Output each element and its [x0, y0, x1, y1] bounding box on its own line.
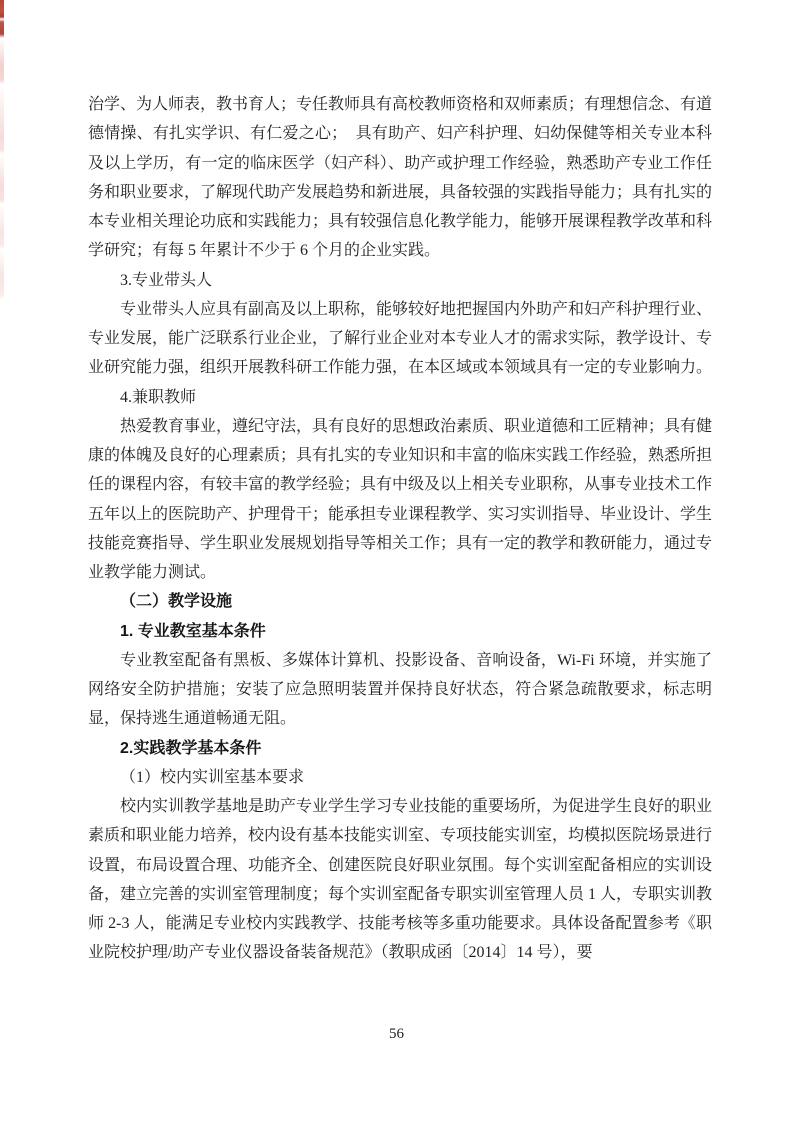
heading-classroom-basic-conditions: 1. 专业教室基本条件: [88, 617, 712, 646]
scan-edge-red-artifact: [0, 0, 4, 300]
heading-practice-teaching-conditions: 2.实践教学基本条件: [88, 734, 712, 763]
heading-section-teaching-facilities: （二）教学设施: [88, 587, 712, 616]
heading-professional-leader: 3.专业带头人: [88, 266, 712, 295]
heading-campus-training-room-requirements: （1）校内实训室基本要求: [88, 763, 712, 792]
paragraph-fulltime-teacher-requirements: 治学、为人师表，教书育人；专任教师具有高校教师资格和双师素质；有理想信念、有道德…: [88, 90, 712, 266]
paragraph-campus-training-base: 校内实训教学基地是助产专业学生学习专业技能的重要场所，为促进学生良好的职业素质和…: [88, 792, 712, 968]
document-page: 治学、为人师表，教书育人；专任教师具有高校教师资格和双师素质；有理想信念、有道德…: [0, 0, 793, 1122]
page-number: 56: [0, 1026, 793, 1043]
heading-parttime-teacher: 4.兼职教师: [88, 383, 712, 412]
page-body-text: 治学、为人师表，教书育人；专任教师具有高校教师资格和双师素质；有理想信念、有道德…: [88, 90, 712, 968]
paragraph-parttime-teacher: 热爱教育事业，遵纪守法，具有良好的思想政治素质、职业道德和工匠精神；具有健康的体…: [88, 412, 712, 588]
paragraph-classroom-equipment: 专业教室配备有黑板、多媒体计算机、投影设备、音响设备，Wi-Fi 环境，并实施了…: [88, 646, 712, 734]
paragraph-professional-leader: 专业带头人应具有副高及以上职称，能够较好地把握国内外助产和妇产科护理行业、专业发…: [88, 295, 712, 383]
